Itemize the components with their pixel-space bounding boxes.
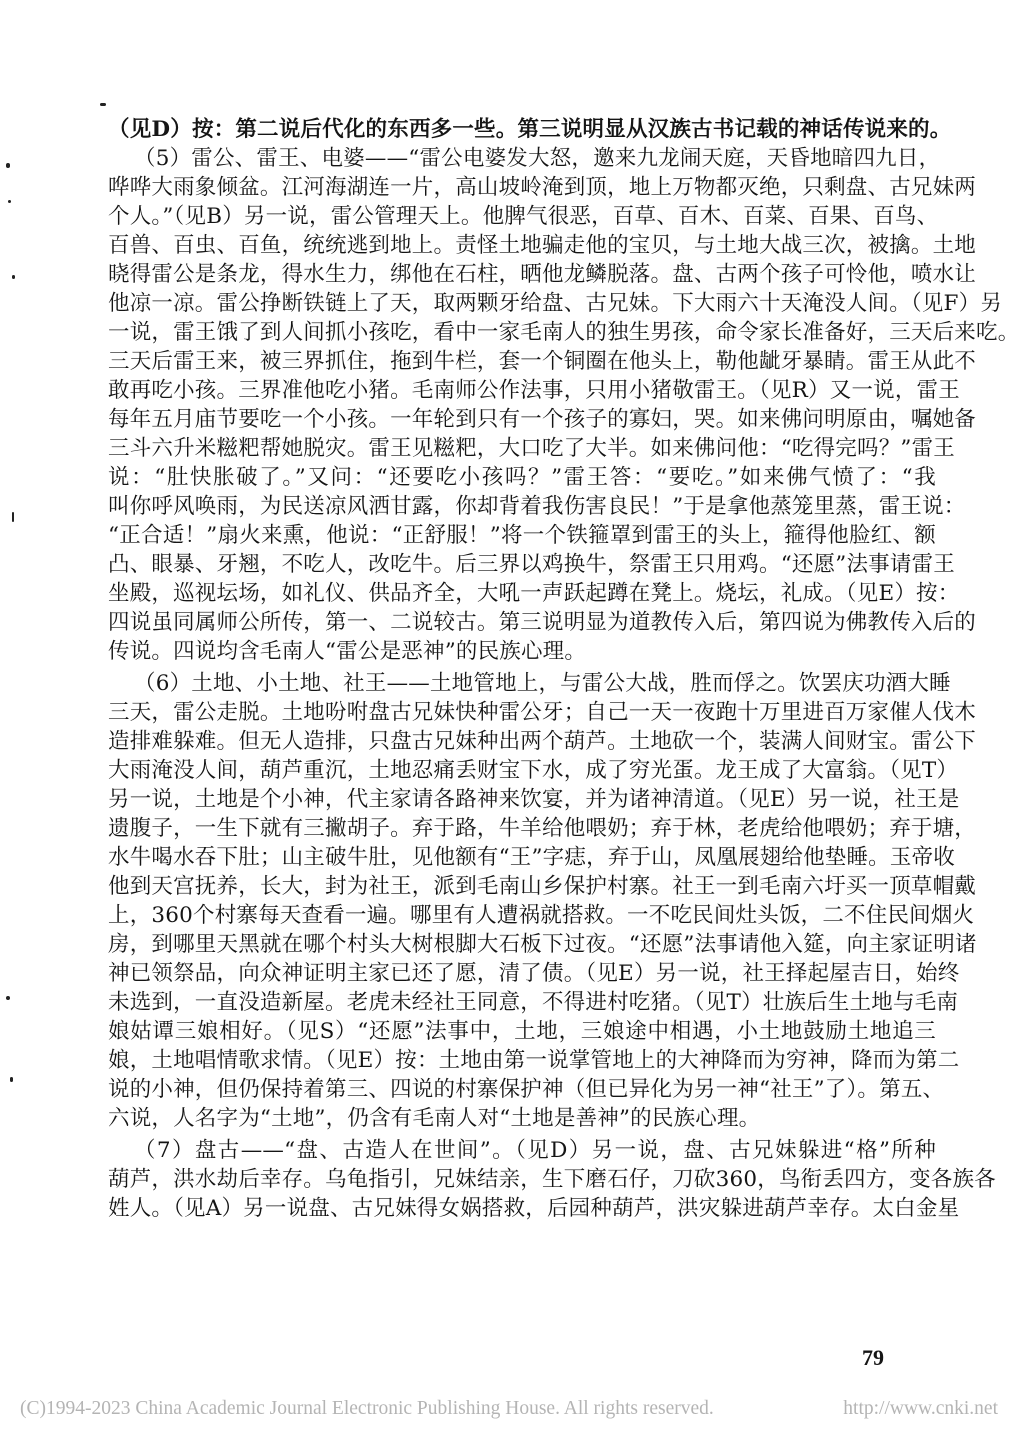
page-number: 79 bbox=[862, 1345, 884, 1371]
scan-speck bbox=[8, 200, 11, 203]
text-line: 葫芦，洪水劫后幸存。乌龟指引，兄妹结亲，生下磨石仔，刀砍360，鸟衔丢四方，变各… bbox=[108, 1165, 936, 1194]
paragraph-6-start: （6）土地、小土地、社王——土地管地上，与雷公大战，胜而俘之。饮罢庆功酒大睡 bbox=[134, 669, 936, 698]
text-line: 晓得雷公是条龙，得水生力，绑他在石柱，晒他龙鳞脱落。盘、古两个孩子可怜他，喷水让 bbox=[108, 260, 936, 289]
text-line: 坐殿，巡视坛场，如礼仪、供品齐全，大吼一声跃起蹲在凳上。烧坛，礼成。（见E）按： bbox=[108, 579, 936, 608]
text-line: 每年五月庙节要吃一个小孩。一年轮到只有一个孩子的寡妇，哭。如来佛问明原由，嘱她备 bbox=[108, 405, 936, 434]
text-line: （见D）按：第二说后代化的东西多一些。第三说明显从汉族古书记载的神话传说来的。 bbox=[108, 115, 936, 144]
scan-speck bbox=[12, 275, 15, 279]
text-line: 传说。四说均含毛南人“雷公是恶神”的民族心理。 bbox=[108, 637, 936, 666]
text-line: 四说虽同属师公所传，第一、二说较古。第三说明显为道教传入后，第四说为佛教传入后的 bbox=[108, 608, 936, 637]
text-line: 娘姑谭三娘相好。（见S）“还愿”法事中，土地，三娘途中相遇，小土地鼓励土地追三 bbox=[108, 1017, 936, 1046]
copyright-text: (C)1994-2023 China Academic Journal Elec… bbox=[20, 1398, 714, 1419]
text-line: 六说，人名字为“土地”，仍含有毛南人对“土地是善神”的民族心理。 bbox=[108, 1104, 936, 1133]
text-line: 哗哗大雨象倾盆。江河海湖连一片，高山坡岭淹到顶，地上万物都灭绝，只剩盘、古兄妹两 bbox=[108, 173, 936, 202]
text-line: 房，到哪里天黑就在哪个村头大树根脚大石板下过夜。“还愿”法事请他入筵，向主家证明… bbox=[108, 930, 936, 959]
scan-speck bbox=[100, 103, 106, 106]
text-line: 未选到，一直没造新屋。老虎未经社王同意，不得进村吃猪。（见T）壮族后生土地与毛南 bbox=[108, 988, 936, 1017]
text-line: 三天，雷公走脱。土地吩咐盘古兄妹快种雷公牙；自己一天一夜跑十万里进百万家催人伐木 bbox=[108, 698, 936, 727]
text-line: “正合适！”扇火来熏，他说：“正舒服！”将一个铁箍罩到雷王的头上，箍得他脸红、额 bbox=[108, 521, 936, 550]
paragraph-7-start: （7）盘古——“盘、古造人在世间”。（见D）另一说，盘、古兄妹躲进“格”所种 bbox=[134, 1136, 936, 1165]
text-line: 娘，土地唱情歌求情。（见E）按：土地由第一说掌管地上的大神降而为穷神，降而为第二 bbox=[108, 1046, 936, 1075]
text-line: 叫你呼风唤雨，为民送凉风洒甘露，你却背着我伤害良民！”于是拿他蒸笼里蒸，雷王说： bbox=[108, 492, 936, 521]
scan-speck bbox=[6, 996, 10, 1000]
scan-speck bbox=[10, 1077, 13, 1082]
scan-speck bbox=[12, 512, 14, 522]
text-line: 神已领祭品，向众神证明主家已还了愿，清了债。（见E）另一说，社王择起屋吉日，始终 bbox=[108, 959, 936, 988]
footer-url: http://www.cnki.net bbox=[843, 1398, 998, 1420]
text-line: 水牛喝水吞下肚；山主破牛肚，见他额有“王”字痣，弃于山，凤凰展翅给他垫睡。玉帝收 bbox=[108, 843, 936, 872]
text-line: 遗腹子，一生下就有三撇胡子。弃于路，牛羊给他喂奶；弃于林，老虎给他喂奶；弃于塘， bbox=[108, 814, 936, 843]
text-line: 大雨淹没人间，葫芦重沉，土地忍痛丢财宝下水，成了穷光蛋。龙王成了大富翁。（见T） bbox=[108, 756, 936, 785]
text-line: 另一说，土地是个小神，代主家请各路神来饮宴，并为诸神清道。（见E）另一说，社王是 bbox=[108, 785, 936, 814]
text-line: 百兽、百虫、百鱼，统统逃到地上。责怪土地骗走他的宝贝，与土地大战三次，被擒。土地 bbox=[108, 231, 936, 260]
text-line: 个人。”（见B）另一说，雷公管理天上。他脾气很恶，百草、百木、百菜、百果、百鸟、 bbox=[108, 202, 936, 231]
paragraph-5-start: （5）雷公、雷王、电婆——“雷公电婆发大怒，邀来九龙闹天庭，天昏地暗四九日， bbox=[134, 144, 936, 173]
text-line: 三斗六升米糍粑帮她脱灾。雷王见糍粑，大口吃了大半。如来佛问他：“吃得完吗？”雷王 bbox=[108, 434, 936, 463]
copyright-footer: (C)1994-2023 China Academic Journal Elec… bbox=[20, 1398, 1010, 1420]
document-page: （见D）按：第二说后代化的东西多一些。第三说明显从汉族古书记载的神话传说来的。 … bbox=[0, 0, 1024, 1455]
text-line: 说：“肚快胀破了。”又问：“还要吃小孩吗？”雷王答：“要吃。”如来佛气愤了：“我 bbox=[108, 463, 936, 492]
text-line: 说的小神，但仍保持着第三、四说的村寨保护神（但已异化为另一神“社王”了）。第五、 bbox=[108, 1075, 936, 1104]
text-line: 一说，雷王饿了到人间抓小孩吃，看中一家毛南人的独生男孩，命令家长准备好，三天后来… bbox=[108, 318, 936, 347]
text-line: 他凉一凉。雷公挣断铁链上了天，取两颗牙给盘、古兄妹。下大雨六十天淹没人间。（见F… bbox=[108, 289, 936, 318]
text-line: 姓人。（见A）另一说盘、古兄妹得女娲搭救，后园种葫芦，洪灾躲进葫芦幸存。太白金星 bbox=[108, 1194, 936, 1223]
text-line: 三天后雷王来，被三界抓住，拖到牛栏，套一个铜圈在他头上，勒他龇牙暴睛。雷王从此不 bbox=[108, 347, 936, 376]
text-line: 敢再吃小孩。三界准他吃小猪。毛南师公作法事，只用小猪敬雷王。（见R）又一说，雷王 bbox=[108, 376, 936, 405]
text-line: 造排难躲难。但无人造排，只盘古兄妹种出两个葫芦。土地砍一个，装满人间财宝。雷公下 bbox=[108, 727, 936, 756]
text-line: 上，360个村寨每天查看一遍。哪里有人遭祸就搭救。一不吃民间灶头饭，二不住民间烟… bbox=[108, 901, 936, 930]
scan-speck bbox=[6, 163, 10, 168]
text-line: 他到天宫抚养，长大，封为社王，派到毛南山乡保护村寨。社王一到毛南六圩买一顶草帽戴 bbox=[108, 872, 936, 901]
text-line: 凸、眼暴、牙翘，不吃人，改吃牛。后三界以鸡换牛，祭雷王只用鸡。“还愿”法事请雷王 bbox=[108, 550, 936, 579]
